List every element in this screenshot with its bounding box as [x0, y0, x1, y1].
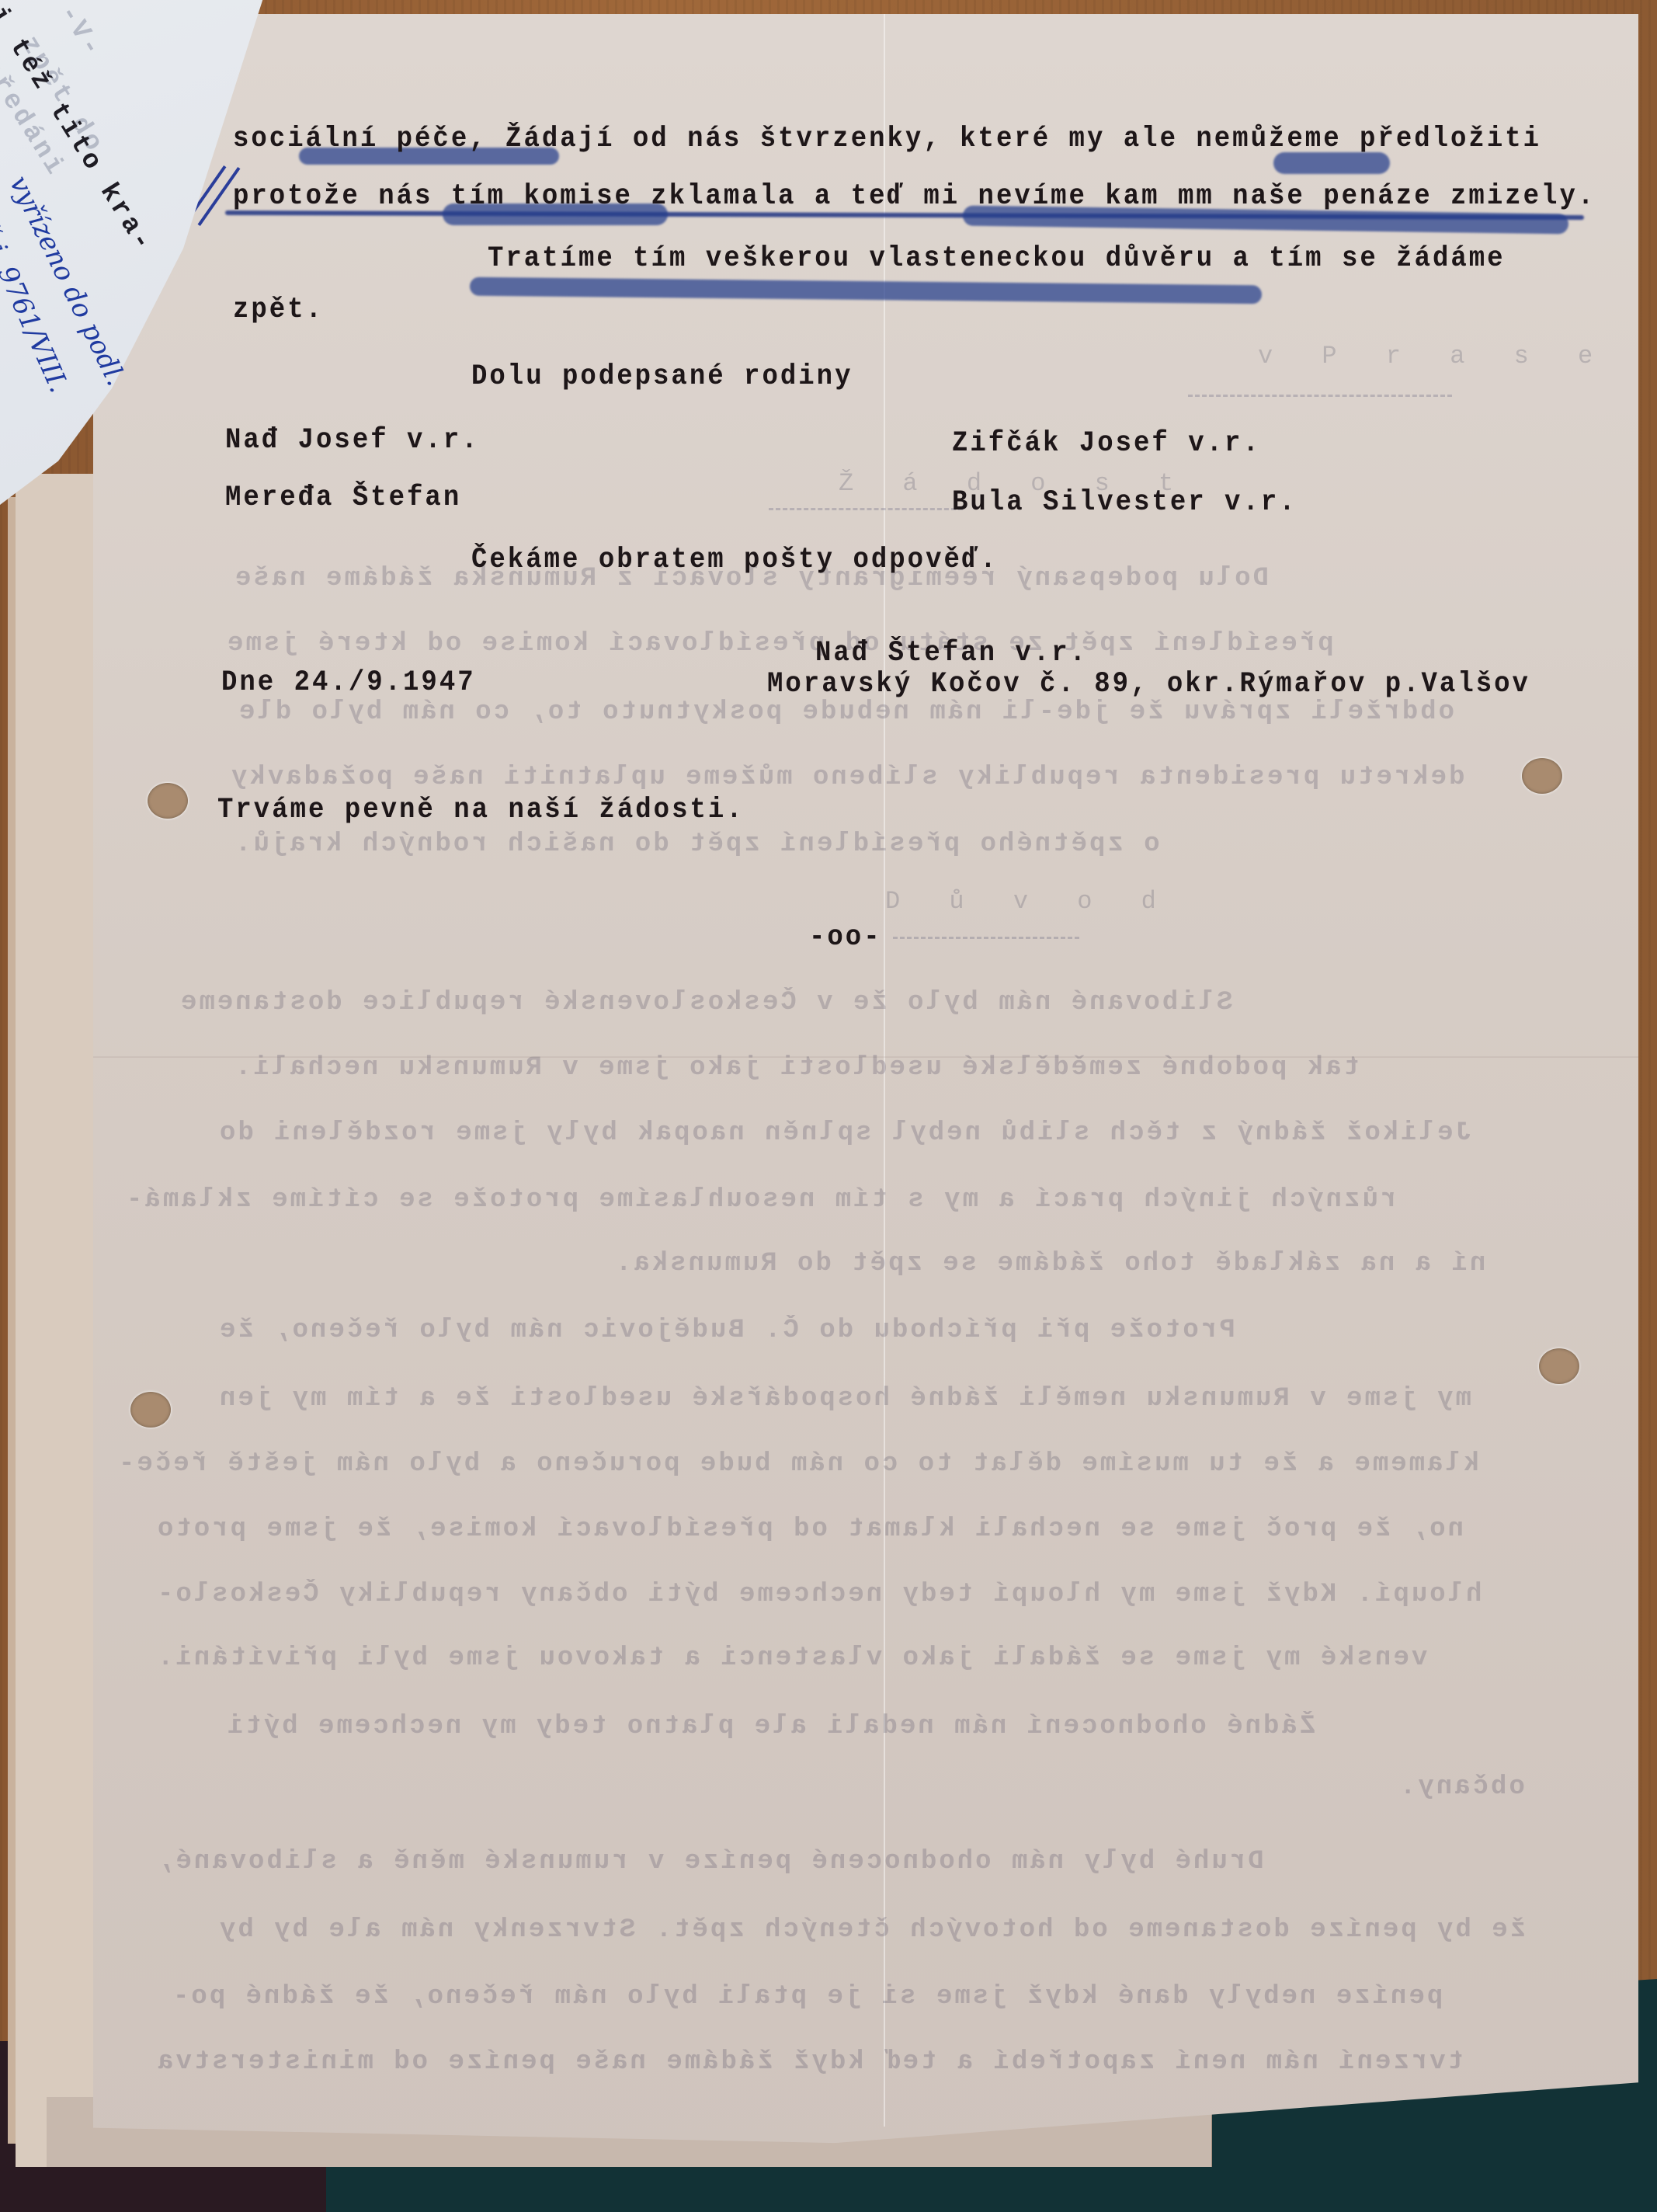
bleed-line: občany. [1398, 1772, 1525, 1802]
signatory-left-2: Meređa Štefan [225, 482, 461, 514]
bleed-line: peníze nebyly dané když jsme si je ptali… [171, 1982, 1443, 2012]
bleed-ghost-section: D ů v o d [885, 887, 1173, 916]
body-line-1: sociální péče, Žádají od nás štvrzenky, … [233, 123, 1541, 155]
bleed-line: různých jiných prací a my s tím nesouhla… [124, 1185, 1396, 1215]
bleed-line: Druhé byly nám ohodnocené peníze v rumun… [155, 1847, 1264, 1876]
punch-hole [130, 1392, 171, 1428]
closing-line: Trváme pevně na naší žádosti. [217, 794, 745, 826]
bleed-line: dekretu presidenta republiky slíbeno můž… [229, 763, 1464, 792]
bleed-ghost-rule [893, 937, 1079, 939]
bleed-line: no, že proč jsme se nechali klamat od př… [155, 1515, 1464, 1544]
bleed-ghost-rule [769, 508, 963, 510]
bleed-line: my jsme v Rumunsku neměli žádné hospodář… [217, 1384, 1471, 1414]
bleed-line: Protože při příchodu do Č. Budějovic nám… [217, 1316, 1235, 1345]
bleed-line: tak podobné zemědělské usedlosti jako js… [233, 1053, 1360, 1083]
body-line-2: protože nás tím komise zklamala a teď mi… [233, 180, 1596, 213]
punch-hole [148, 783, 188, 819]
bleed-line: tvrzení nám není zapotřebí a teď když žá… [155, 2047, 1464, 2077]
bleed-line: ní a na základě toho žádáme se zpět do R… [613, 1249, 1485, 1278]
body-line-3: Tratíme tím veškerou vlasteneckou důvěru… [488, 242, 1506, 275]
body-line-4: zpět. [233, 294, 324, 326]
bleed-line: Slibované nám bylo že v Československé r… [179, 988, 1232, 1017]
bleed-line: o zpětného přesídlení zpět do našich rod… [233, 829, 1160, 859]
signatory-right-2: Bula Silvester v.r. [952, 486, 1297, 519]
date-line: Dne 24./9.1947 [221, 666, 476, 699]
bleed-line: Jelikož žádný z těch slibů nebyl splněn … [217, 1118, 1471, 1148]
bleed-line: venské my jsme se žádali jako vlastenci … [155, 1643, 1427, 1673]
bleed-ghost-heading: v P r a s e [1258, 342, 1610, 370]
bleed-line: klameme a že tu musíme dělat to co nám b… [116, 1449, 1479, 1479]
sender-address: Moravský Kočov č. 89, okr.Rýmařov p.Valš… [767, 668, 1530, 701]
end-mark: -oo- [809, 921, 882, 954]
punch-hole [1522, 758, 1562, 794]
bleed-line: obdrželi zprávu že jde-li nám nebude pos… [237, 697, 1454, 727]
bleed-line: že by peníze dostaneme od hotových čtený… [217, 1915, 1526, 1945]
awaiting-reply-line: Čekáme obratem pošty odpověď. [471, 544, 999, 576]
signatory-left-1: Nađ Josef v.r. [225, 424, 480, 457]
sender-name: Nađ Štefan v.r. [815, 637, 1088, 670]
pencil-underline [1273, 152, 1390, 174]
bleed-line: hloupí. Když jsme my hloupí tedy nechcem… [155, 1580, 1482, 1609]
stacked-sheet [16, 474, 98, 2167]
signatory-right-1: Zifčák Josef v.r. [952, 427, 1261, 460]
punch-hole [1539, 1348, 1579, 1384]
bleed-line: přesídlení zpět ze státu od přesídlovací… [225, 629, 1334, 659]
bleed-line: Žádné ohodnocení nám nedali ale platno t… [225, 1712, 1315, 1741]
signatories-heading: Dolu podepsané rodiny [471, 360, 853, 393]
bleed-ghost-rule [1188, 395, 1452, 397]
